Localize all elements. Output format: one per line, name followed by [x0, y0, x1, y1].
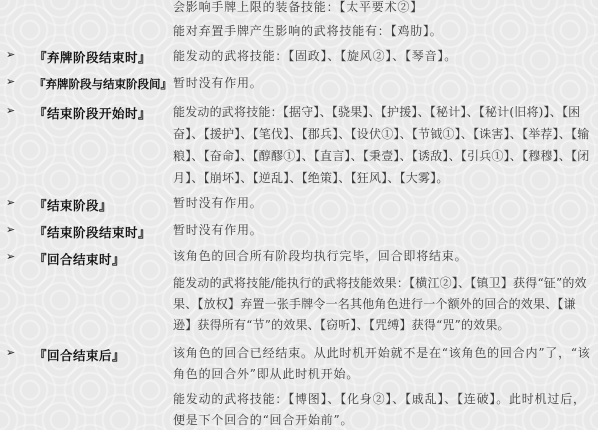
paragraph: 暂时没有作用。	[173, 220, 593, 240]
paragraph: 会影响手牌上限的装备技能：【太平要术②】	[173, 0, 593, 17]
section-label: 『弃牌阶段结束时』	[34, 48, 151, 66]
paragraph: 能发动的武将技能：【博图】、【化身②】、【戚乱】、【连破】。此时机过后，便是下个…	[173, 389, 593, 430]
arrow-bullet-icon: ➢	[6, 104, 15, 117]
paragraph: 能发动的武将技能/能执行的武将技能效果：【横江②】、【镇卫】获得“钲”的效果、【…	[173, 273, 593, 336]
paragraph: 能发动的武将技能：【固政】、【旋风②】、【琴音】。	[173, 46, 593, 66]
arrow-bullet-icon: ➢	[6, 346, 15, 359]
paragraph: 该角色的回合已经结束。从此时机开始就不是在“该角色的回合内”了，“该角色的回合外…	[173, 343, 593, 385]
paragraph: 暂时没有作用。	[173, 73, 593, 93]
section-label: 『回合结束后』	[34, 346, 125, 364]
section-label: 『结束阶段结束时』	[34, 223, 151, 241]
arrow-bullet-icon: ➢	[6, 223, 15, 236]
paragraph: 能发动的武将技能：【据守】、【骁果】、【护援】、【秘计】、【秘计(旧将)】、【困…	[173, 101, 593, 189]
arrow-bullet-icon: ➢	[6, 48, 15, 61]
paragraph: 能对弃置手牌产生影响的武将技能有：【鸡肋】。	[173, 21, 593, 41]
arrow-bullet-icon: ➢	[6, 196, 15, 209]
arrow-bullet-icon: ➢	[6, 250, 15, 263]
paragraph: 暂时没有作用。	[173, 193, 593, 213]
section-label: 『结束阶段』	[34, 196, 112, 214]
section-label: 『回合结束时』	[34, 250, 125, 268]
paragraph: 该角色的回合所有阶段均执行完毕，回合即将结束。	[173, 246, 593, 266]
section-label: 『结束阶段开始时』	[34, 104, 151, 122]
section-label: 『弃牌阶段与结束阶段间』	[34, 76, 172, 92]
arrow-bullet-icon: ➢	[6, 75, 15, 88]
